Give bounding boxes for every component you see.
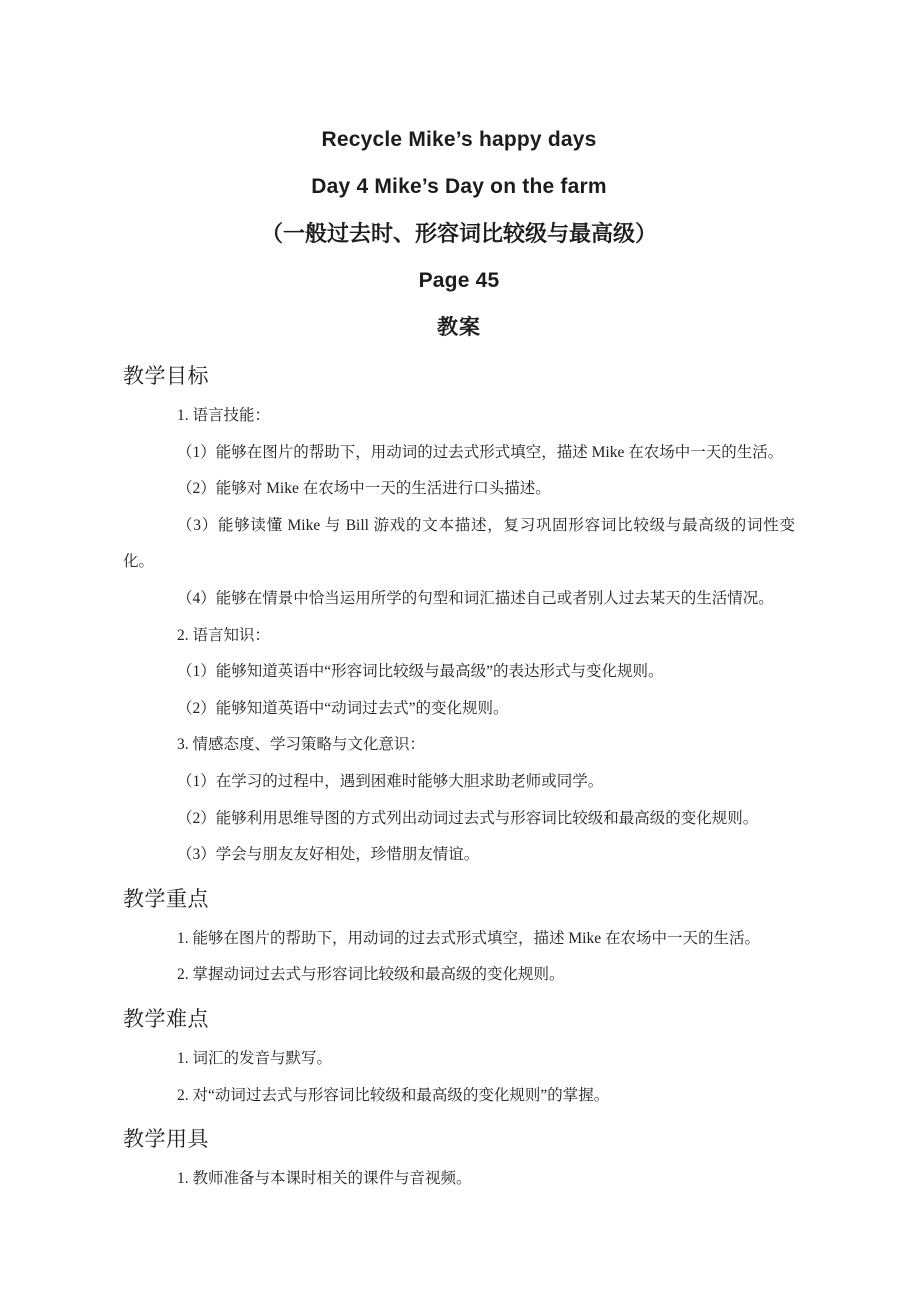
paragraph: 2. 掌握动词过去式与形容词比较级和最高级的变化规则。 (123, 957, 795, 994)
section-heading: 教学用具 (123, 1117, 795, 1161)
section-teaching-objectives: 教学目标 1. 语言技能： （1）能够在图片的帮助下，用动词的过去式形式填空，描… (123, 354, 795, 874)
paragraph: （3）学会与朋友友好相处，珍惜朋友情谊。 (123, 837, 795, 874)
section-heading: 教学重点 (123, 877, 795, 921)
paragraph: （2）能够对 Mike 在农场中一天的生活进行口头描述。 (123, 471, 795, 508)
document-body: 教学目标 1. 语言技能： （1）能够在图片的帮助下，用动词的过去式形式填空，描… (123, 354, 795, 1198)
paragraph: 2. 对“动词过去式与形容词比较级和最高级的变化规则”的掌握。 (123, 1078, 795, 1115)
doc-subtitle-zh: （一般过去时、形容词比较级与最高级） (123, 210, 795, 257)
paragraph: 1. 能够在图片的帮助下，用动词的过去式形式填空，描述 Mike 在农场中一天的… (123, 921, 795, 958)
paragraph: （1）能够知道英语中“形容词比较级与最高级”的表达形式与变化规则。 (123, 654, 795, 691)
paragraph: 1. 词汇的发音与默写。 (123, 1041, 795, 1078)
paragraph: （4）能够在情景中恰当运用所学的句型和词汇描述自己或者别人过去某天的生活情况。 (123, 581, 795, 618)
paragraph: （2）能够知道英语中“动词过去式”的变化规则。 (123, 691, 795, 728)
section-heading: 教学难点 (123, 997, 795, 1041)
section-teaching-difficulties: 教学难点 1. 词汇的发音与默写。 2. 对“动词过去式与形容词比较级和最高级的… (123, 997, 795, 1114)
paragraph: （2）能够利用思维导图的方式列出动词过去式与形容词比较级和最高级的变化规则。 (123, 801, 795, 838)
paragraph: （1）能够在图片的帮助下，用动词的过去式形式填空，描述 Mike 在农场中一天的… (123, 435, 795, 472)
section-heading: 教学目标 (123, 354, 795, 398)
doc-page-number: Page 45 (123, 257, 795, 304)
section-teaching-key-points: 教学重点 1. 能够在图片的帮助下，用动词的过去式形式填空，描述 Mike 在农… (123, 877, 795, 994)
doc-title-line-2: Day 4 Mike’s Day on the farm (123, 163, 795, 210)
doc-type-label: 教案 (123, 304, 795, 351)
paragraph: 1. 语言技能： (123, 398, 795, 435)
paragraph: 2. 语言知识： (123, 618, 795, 655)
paragraph: 1. 教师准备与本课时相关的课件与音视频。 (123, 1161, 795, 1198)
title-block: Recycle Mike’s happy days Day 4 Mike’s D… (123, 116, 795, 351)
section-teaching-tools: 教学用具 1. 教师准备与本课时相关的课件与音视频。 (123, 1117, 795, 1198)
paragraph: 3. 情感态度、学习策略与文化意识： (123, 727, 795, 764)
doc-title-line-1: Recycle Mike’s happy days (123, 116, 795, 163)
paragraph: （3）能够读懂 Mike 与 Bill 游戏的文本描述，复习巩固形容词比较级与最… (123, 508, 795, 581)
paragraph: （1）在学习的过程中，遇到困难时能够大胆求助老师或同学。 (123, 764, 795, 801)
document-page: Recycle Mike’s happy days Day 4 Mike’s D… (0, 0, 920, 1302)
